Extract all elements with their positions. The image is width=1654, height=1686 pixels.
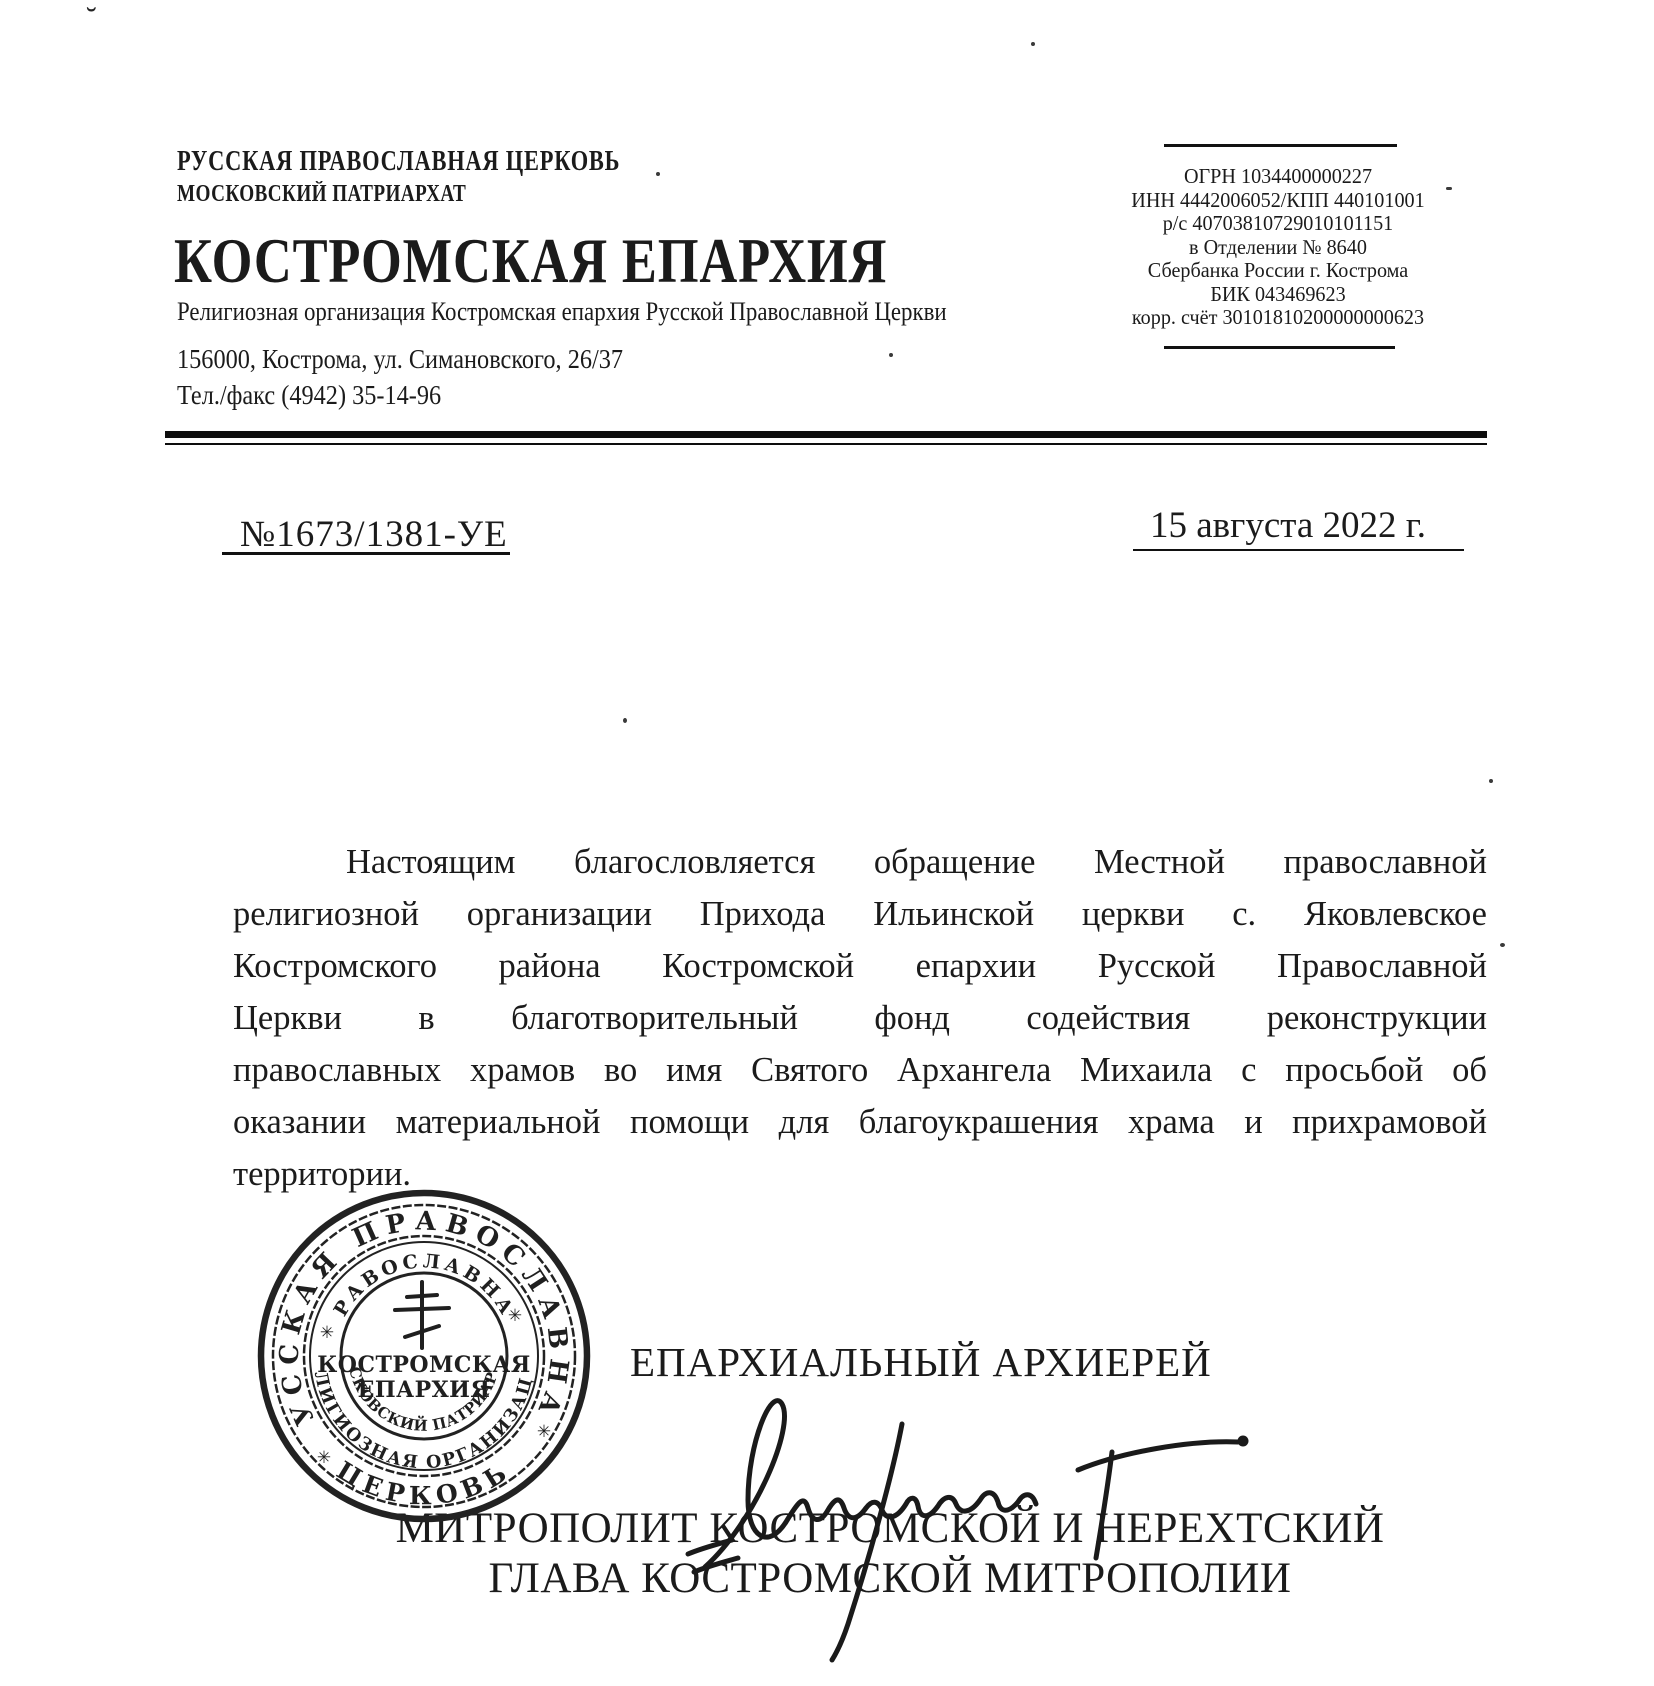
orthodox-cross-icon [395,1282,449,1348]
body-line: религиозной организации Прихода Ильинско… [233,888,1487,940]
scan-speck [1489,779,1493,783]
signature-stroke [694,1558,738,1572]
outgoing-number-underline [222,552,510,555]
outgoing-number: №1673/1381-УЕ [240,513,508,556]
bank-branch: в Отделении № 8640 [1119,236,1438,260]
scan-speck [1500,943,1505,947]
bank-account: р/с 40703810729010101151 [1119,212,1438,236]
letterhead-organization-line: Религиозная организация Костромская епар… [177,297,947,327]
bank-details-top-rule [1164,144,1397,147]
letterhead-divider-thick [165,431,1487,438]
bank-inn-kpp: ИНН 4442006052/КПП 440101001 [1119,189,1438,213]
letterhead-divider-thin [165,443,1487,445]
letter-date-underline [1133,549,1464,551]
signature-stroke [1096,1452,1112,1558]
seal-separator-icon: ✳ [537,1422,551,1441]
scan-speck [1446,187,1452,190]
body-line: Настоящим благословляется обращение Мест… [233,836,1487,888]
seal-separator-icon: ✳ [317,1448,331,1467]
scan-artifact-breve: ˘ [86,0,97,37]
letterhead-address: 156000, Кострома, ул. Симановского, 26/3… [177,344,623,375]
bank-ogrn: ОГРН 1034400000227 [1119,165,1438,189]
letterhead-phone-fax: Тел./факс (4942) 35-14-96 [177,380,441,411]
bank-bik: БИК 043469623 [1119,283,1438,307]
body-line: православных храмов во имя Святого Архан… [233,1044,1487,1096]
seal-center-line1: КОСТРОМСКАЯ [317,1352,530,1378]
scan-speck [623,718,627,723]
scan-speck [889,353,893,357]
letter-body: Настоящим благословляется обращение Мест… [233,836,1487,1200]
bank-bank-name: Сбербанка России г. Кострома [1119,259,1438,283]
seal-separator-icon: ✳ [320,1323,334,1342]
letterhead-eparchy-title: КОСТРОМСКАЯ ЕПАРХИЯ [174,224,887,298]
scan-speck [1031,42,1035,46]
bank-details-block: ОГРН 1034400000227 ИНН 4442006052/КПП 44… [1112,165,1444,330]
letterhead-church-line: РУССКАЯ ПРАВОСЛАВНАЯ ЦЕРКОВЬ [177,146,620,178]
seal-center-line2: ЕПАРХИЯ [358,1377,491,1403]
bank-corr-account: корр. счёт 30101810200000000623 [1119,306,1438,330]
scan-speck [656,172,660,176]
body-line: Костромского района Костромской епархии … [233,940,1487,992]
bank-details-bottom-rule [1164,346,1395,349]
signature-stroke [832,1424,902,1660]
seal-separator-icon: ✳ [508,1306,522,1325]
letterhead-patriarchate-line: МОСКОВСКИЙ ПАТРИАРХАТ [177,181,466,208]
signature-stroke [1078,1442,1238,1470]
eparchy-round-seal: РУССКАЯ ПРАВОСЛАВНАЯ ЦЕРКОВЬ ПРАВОСЛАВНА… [244,1176,604,1536]
letter-date: 15 августа 2022 г. [1150,504,1426,547]
body-line: оказании материальной помощи для благоук… [233,1096,1487,1148]
signature-ink-dot [1238,1436,1249,1447]
hierarch-signature [660,1372,1280,1672]
body-line: Церкви в благотворительный фонд содейств… [233,992,1487,1044]
scanned-letter-page: ˘ РУССКАЯ ПРАВОСЛАВНАЯ ЦЕРКОВЬ МОСКОВСКИ… [0,0,1654,1686]
